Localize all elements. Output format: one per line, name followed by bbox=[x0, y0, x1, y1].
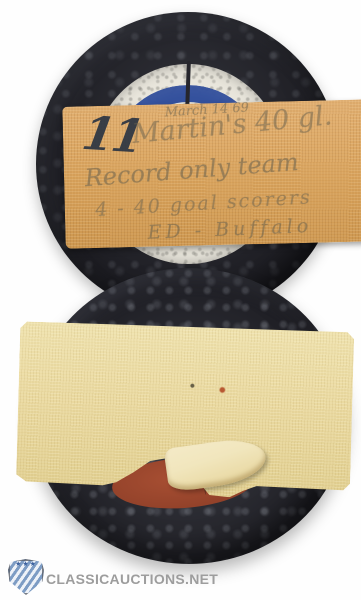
watermark-text: CLASSICAUCTIONS.NET bbox=[46, 571, 218, 587]
handwritten-tape-label: 11 March 14 69 Martin's 40 gl. Record on… bbox=[62, 99, 361, 249]
classic-auctions-shield-icon: ★★★ bbox=[8, 559, 44, 595]
handwriting-line-team: ED - Buffalo bbox=[147, 215, 312, 244]
shield-stars: ★★★ bbox=[8, 561, 44, 568]
photo-canvas: 11 March 14 69 Martin's 40 gl. Record on… bbox=[0, 0, 361, 600]
